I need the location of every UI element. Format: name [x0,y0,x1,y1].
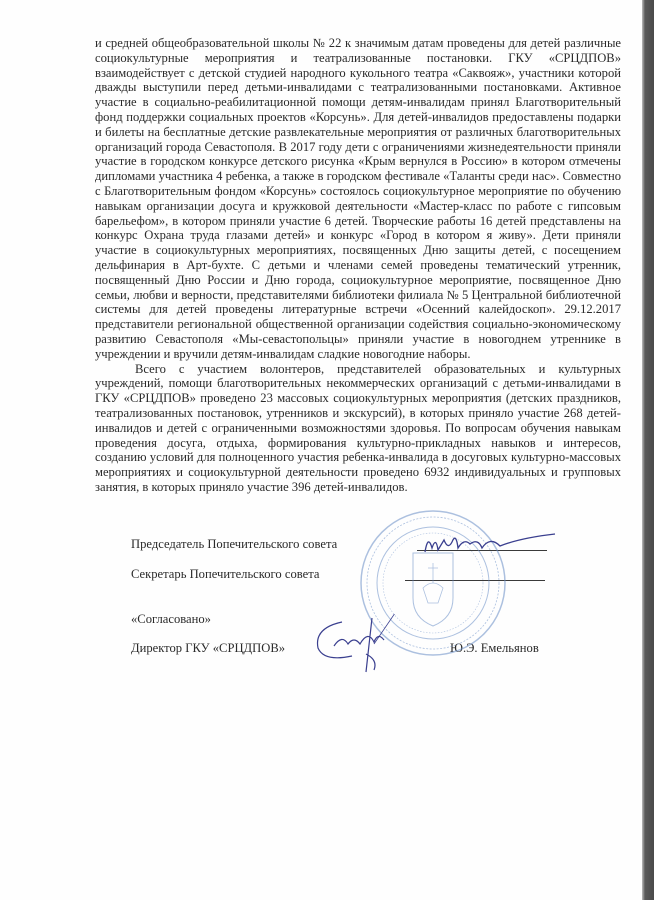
document-body: и средней общеобразовательной школы № 22… [95,36,621,495]
document-page: и средней общеобразовательной школы № 22… [0,0,642,900]
chairman-label: Председатель Попечительского совета [131,537,337,552]
paragraph-1: и средней общеобразовательной школы № 22… [95,36,621,362]
director-label: Директор ГКУ «СРЦДПОВ» [131,641,285,656]
chairman-signature-icon [420,528,560,558]
agreed-label: «Согласовано» [131,612,211,627]
scan-edge-border [642,0,654,900]
paragraph-2: Всего с участием волонтеров, представите… [95,362,621,495]
secretary-label: Секретарь Попечительского совета [131,567,319,582]
director-signature-icon [312,614,402,674]
